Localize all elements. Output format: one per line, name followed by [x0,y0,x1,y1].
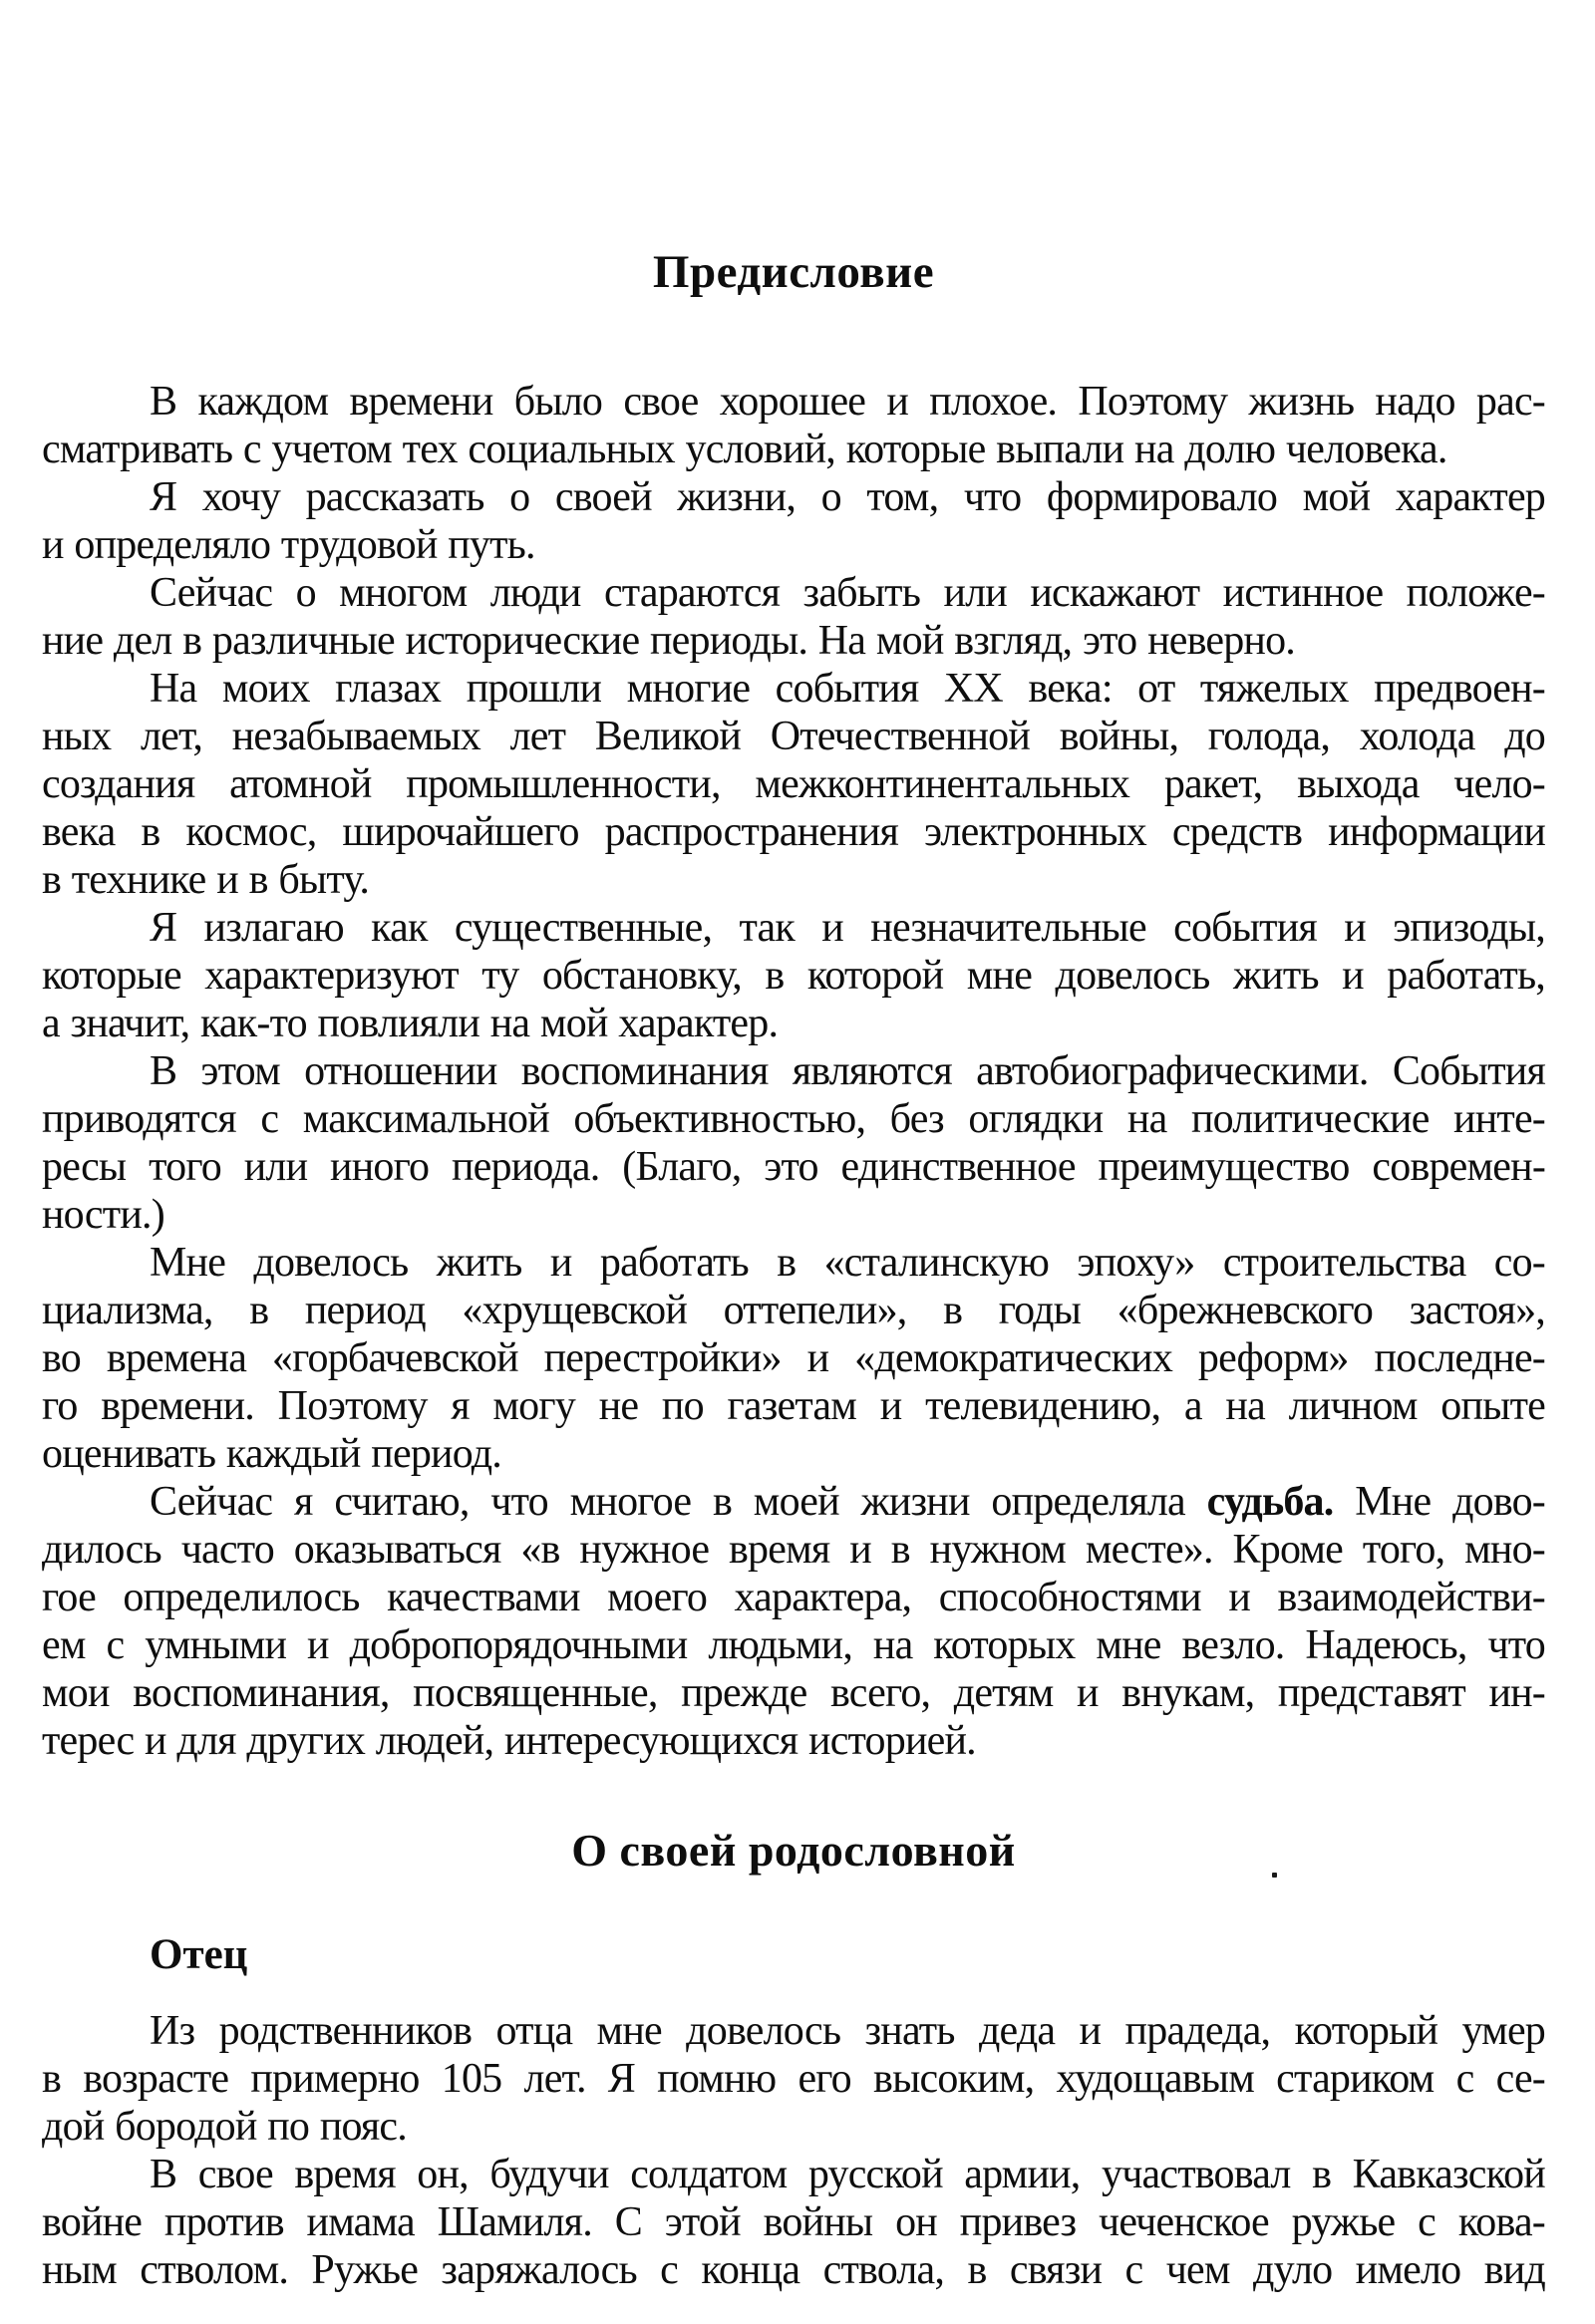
text-line: циализма, в период «хрущевской оттепели»… [42,1287,1545,1334]
text-line: оценивать каждый период. [42,1430,1545,1478]
text-line: во времена «горбачевской перестройки» и … [42,1334,1545,1382]
section-heading: О своей родословной [42,1825,1545,1877]
text-line: в возрасте примерно 105 лет. Я помню его… [42,2055,1545,2103]
preface-body: В каждом времени было свое хорошее и пло… [42,378,1545,1765]
text-line: войне против имама Шамиля. С этой войны … [42,2198,1545,2246]
paragraph: В свое время он, будучи солдатом русской… [42,2151,1545,2294]
text-line: терес и для других людей, интересующихся… [42,1717,1545,1765]
paragraph: На моих глазах прошли многие события XX … [42,665,1545,904]
text-line: дилось часто оказываться «в нужное время… [42,1526,1545,1574]
text-line: Из родственников отца мне довелось знать… [42,2007,1545,2055]
text-line: а значит, как-то повлияли на мой характе… [42,1000,1545,1047]
text-segment: Мне дово- [1333,1479,1545,1525]
paragraph: В этом отношении воспоминания являются а… [42,1047,1545,1239]
text-line: го времени. Поэтому я могу не по газетам… [42,1382,1545,1430]
text-line: Я хочу рассказать о своей жизни, о том, … [42,473,1545,521]
text-line: В этом отношении воспоминания являются а… [42,1047,1545,1095]
text-line: ным стволом. Ружье заряжалось с конца ст… [42,2246,1545,2294]
text-line: В каждом времени было свое хорошее и пло… [42,378,1545,426]
text-line: создания атомной промышленности, межконт… [42,760,1545,808]
text-segment: Сейчас я считаю, что многое в моей жизни… [150,1479,1207,1525]
ink-speck-artifact [1272,1873,1277,1878]
text-line: Сейчас о многом люди стараются забыть ил… [42,569,1545,617]
paragraph: Из родственников отца мне довелось знать… [42,2007,1545,2151]
text-line: гое определилось качествами моего характ… [42,1574,1545,1621]
text-line: сматривать с учетом тех социальных услов… [42,426,1545,473]
bold-emphasis: судьба. [1207,1479,1334,1525]
paragraph: Я излагаю как существенные, так и незнач… [42,904,1545,1047]
text-line: которые характеризуют ту обстановку, в к… [42,952,1545,1000]
paragraph: В каждом времени было свое хорошее и пло… [42,378,1545,473]
text-line: мои воспоминания, посвященные, прежде вс… [42,1669,1545,1717]
paragraph: Сейчас я считаю, что многое в моей жизни… [42,1478,1545,1765]
paragraph: Сейчас о многом люди стараются забыть ил… [42,569,1545,665]
text-line: века в космос, широчайшего распространен… [42,808,1545,856]
paragraph: Мне довелось жить и работать в «сталинск… [42,1239,1545,1478]
text-line: в технике и в быту. [42,856,1545,904]
text-line: ресы того или иного периода. (Благо, это… [42,1143,1545,1191]
text-line: и определяло трудовой путь. [42,521,1545,569]
text-column: Предисловие В каждом времени было свое х… [42,0,1545,2294]
text-line: дой бородой по пояс. [42,2103,1545,2151]
text-line: Мне довелось жить и работать в «сталинск… [42,1239,1545,1287]
text-line: На моих глазах прошли многие события XX … [42,665,1545,713]
text-line: ных лет, незабываемых лет Великой Отечес… [42,713,1545,760]
text-line: ем с умными и добропорядочными людьми, н… [42,1621,1545,1669]
paragraph: Я хочу рассказать о своей жизни, о том, … [42,473,1545,569]
text-line: приводятся с максимальной объективностью… [42,1095,1545,1143]
text-line: Сейчас я считаю, что многое в моей жизни… [42,1478,1545,1526]
scanned-book-page: Предисловие В каждом времени было свое х… [0,0,1595,2324]
subsection-heading: Отец [150,1931,1545,1979]
text-line: ности.) [42,1191,1545,1239]
genealogy-body: Из родственников отца мне довелось знать… [42,2007,1545,2294]
text-line: Я излагаю как существенные, так и незнач… [42,904,1545,952]
text-line: В свое время он, будучи солдатом русской… [42,2151,1545,2198]
page-title: Предисловие [42,249,1545,296]
text-line: ние дел в различные исторические периоды… [42,617,1545,665]
